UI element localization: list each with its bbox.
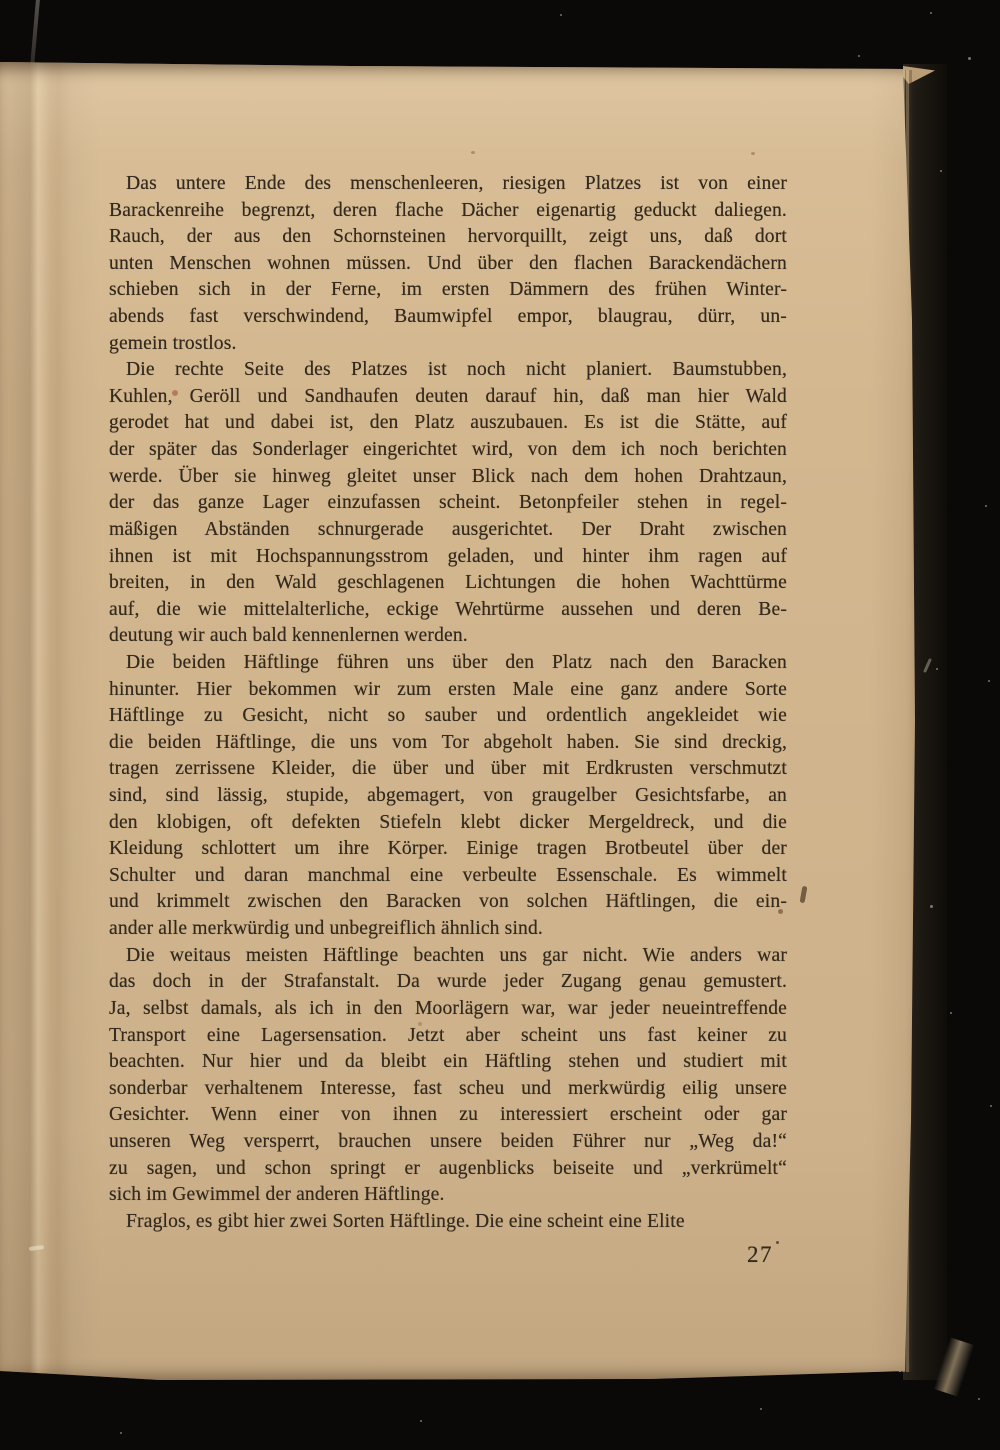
text-line: abends fast verschwindend, Baumwipfel em… [109, 304, 787, 331]
text-line: Die weitaus meisten Häftlinge beachten u… [109, 943, 787, 970]
dust-speck [858, 55, 860, 57]
dust-speck [950, 1012, 952, 1014]
text-line: zu sagen, und schon springt er augenblic… [109, 1156, 787, 1183]
paper-freckle [418, 1022, 422, 1026]
text-line: unten Menschen wohnen müssen. Und über d… [109, 251, 787, 278]
text-line: hinunter. Hier bekommen wir zum ersten M… [109, 677, 787, 704]
dust-speck [930, 12, 932, 14]
text-line: Fraglos, es gibt hier zwei Sorten Häftli… [109, 1209, 787, 1236]
text-line: tragen zerrissene Kleider, die über und … [109, 756, 787, 783]
text-line: ander alle merkwürdig und unbegreiflich … [109, 916, 787, 943]
small-speck [776, 1241, 779, 1244]
text-line: Ja, selbst damals, als ich in den Moorlä… [109, 996, 787, 1023]
small-speck [778, 909, 783, 914]
text-line: gerodet hat und dabei ist, den Platz aus… [109, 410, 787, 437]
text-line: sonderbar verhaltenem Interesse, fast sc… [109, 1076, 787, 1103]
dust-speck [978, 1398, 980, 1400]
page-number: 27 [740, 1242, 780, 1268]
page-text: Das untere Ende des menschenleeren, ries… [109, 171, 787, 1235]
red-ink-stain [172, 390, 178, 396]
dust-speck [930, 905, 933, 908]
paper-freckle [751, 152, 755, 155]
text-line: Gesichter. Wenn einer von ihnen zu inter… [109, 1102, 787, 1129]
text-line: Kuhlen, Geröll und Sandhaufen deuten dar… [109, 384, 787, 411]
text-line: die beiden Häftlinge, die uns vom Tor ab… [109, 730, 787, 757]
text-line: auf, die wie mittelalterliche, eckige We… [109, 597, 787, 624]
text-line: Die beiden Häftlinge führen uns über den… [109, 650, 787, 677]
dust-speck [120, 1432, 122, 1434]
text-line: das doch in der Strafanstalt. Da wurde j… [109, 969, 787, 996]
dust-speck [940, 170, 942, 172]
text-line: Das untere Ende des menschenleeren, ries… [109, 171, 787, 198]
text-line: ihnen ist mit Hochspannungsstrom geladen… [109, 544, 787, 571]
text-line: den klobigen, oft defekten Stiefeln kleb… [109, 810, 787, 837]
paper-scratch [29, 1245, 44, 1251]
dust-speck [760, 1408, 762, 1410]
book-spine-highlight [30, 0, 40, 68]
dust-speck [420, 1420, 422, 1422]
text-line: breiten, in den Wald geschlagenen Lichtu… [109, 570, 787, 597]
dust-speck [968, 57, 971, 60]
text-line: sind, sind lässig, stupide, abgemagert, … [109, 783, 787, 810]
dust-speck [990, 1105, 992, 1107]
text-line: Transport eine Lagersensation. Jetzt abe… [109, 1023, 787, 1050]
text-line: werde. Über sie hinweg gleitet unser Bli… [109, 464, 787, 491]
text-line: der das ganze Lager einzufassen scheint.… [109, 490, 787, 517]
text-line: beachten. Nur hier und da bleibt ein Häf… [109, 1049, 787, 1076]
text-line: Barackenreihe begrenzt, deren flache Däc… [109, 198, 787, 225]
scanned-book-page: Das untere Ende des menschenleeren, ries… [0, 0, 1000, 1450]
text-line: unseren Weg versperrt, brauchen unsere b… [109, 1129, 787, 1156]
text-line: der später das Sonderlager eingerichtet … [109, 437, 787, 464]
text-line: und krimmelt zwischen den Baracken von s… [109, 889, 787, 916]
text-line: Schulter und daran manchmal eine verbeul… [109, 863, 787, 890]
paper-freckle [471, 151, 475, 154]
dust-speck [936, 668, 938, 670]
text-line: sich im Gewimmel der anderen Häftlinge. [109, 1182, 787, 1209]
book-page: Das untere Ende des menschenleeren, ries… [0, 0, 1000, 1450]
text-line: Häftlinge zu Gesicht, nicht so sauber un… [109, 703, 787, 730]
text-line: Kleidung schlottert um ihre Körper. Eini… [109, 836, 787, 863]
dust-speck [988, 680, 990, 682]
text-line: mäßigen Abständen schnurgerade ausgerich… [109, 517, 787, 544]
text-line: schieben sich in der Ferne, im ersten Dä… [109, 277, 787, 304]
text-line: Rauch, der aus den Schornsteinen hervorq… [109, 224, 787, 251]
text-line: deutung wir auch bald kennenlernen werde… [109, 623, 787, 650]
ink-smudge [800, 886, 808, 904]
text-line: gemein trostlos. [109, 331, 787, 358]
text-line: Die rechte Seite des Platzes ist noch ni… [109, 357, 787, 384]
dust-speck [985, 505, 987, 507]
dust-speck [560, 14, 562, 16]
